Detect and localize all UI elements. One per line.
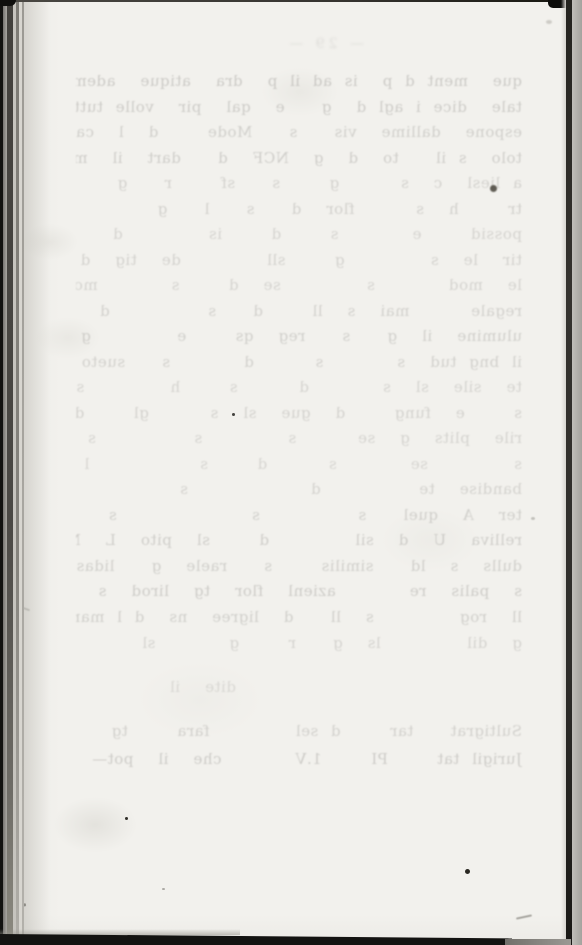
ghost-text-line: dite il	[76, 676, 236, 698]
ink-speck	[232, 413, 235, 416]
ghost-text-line: tr h s flor d s l g seco l sl	[76, 198, 522, 220]
bottom-scan-band	[0, 933, 512, 945]
ghost-text-line: s se s d s l s lg sl	[76, 453, 522, 475]
scanned-page: — 29 — que ment d p is ad il p dra atiqu…	[0, 0, 582, 945]
ghost-text-line: a liesl c s g s sf r g se lasl g	[76, 172, 522, 194]
right-edge-strip	[572, 0, 582, 945]
ink-speck	[546, 20, 552, 24]
ghost-text-line: bandise te d s l d ggi al	[76, 478, 522, 500]
ghost-text-line: tir le s g sll de tig d regni-	[76, 249, 522, 271]
spine-shadow	[24, 0, 50, 945]
ghost-text-line: possid e s d is d colose,	[76, 223, 522, 245]
ink-speck	[162, 888, 165, 890]
ghost-text-line: relliva U d sil d sl pito L N willo	[76, 529, 522, 551]
ghost-text-line: regale mai s ll d s d selage	[76, 300, 522, 322]
page-number-ghost: — 29 —	[252, 36, 364, 52]
ghost-text-line: le mod s se d s mode nor	[76, 274, 522, 296]
bottom-edge-shade	[0, 929, 240, 935]
top-scan-line	[0, 0, 582, 2]
ink-speck	[531, 517, 535, 520]
ghost-text-line: tolo s il to d g NCF d dart il mode	[76, 147, 522, 169]
ghost-text-line: ll rog s ll d ligree ns d l mandale	[76, 606, 522, 628]
ghost-text-line: Jurigil tat PI 1.V che il pot—	[76, 748, 522, 770]
ink-speck	[516, 914, 532, 919]
ink-speck	[490, 185, 497, 192]
ink-speck	[125, 817, 128, 820]
ghost-text-line: te sile sl s d s h s wile ne	[76, 376, 522, 398]
ghost-text-line: s palis re azienl flor tg lirod s s al	[76, 580, 522, 602]
ghost-text-line: tale dice i agl d g e qal pir volle tutt…	[76, 96, 522, 118]
bottom-edge-gray	[505, 939, 571, 945]
ghost-text-line: rile plits g se s s s sse lg	[76, 427, 522, 449]
ink-speck	[465, 869, 470, 874]
ghost-text-line: ulumine il g s reg qs e g continuio	[76, 325, 522, 347]
ghost-text-line: s e fung d gue sl s gl d ll senle	[76, 402, 522, 424]
ghost-text-line: dulls s ld similis s raele g lidase g di	[76, 555, 522, 577]
ghost-text-line: espone dallime vis s Mode d l capi-	[76, 121, 522, 143]
ghost-text-line: Sultigrat tar d sel fara tg sU	[76, 720, 522, 742]
ghost-text-line: g dil ls g r g sl g l	[76, 632, 522, 654]
ghost-text-line: que ment d p is ad il p dra atique ademp…	[76, 70, 540, 92]
ghost-text-line: ter A quel s s s h d lage	[76, 504, 522, 526]
ghost-text-line: il bng tud s s d s sueto pegni all	[76, 351, 522, 373]
